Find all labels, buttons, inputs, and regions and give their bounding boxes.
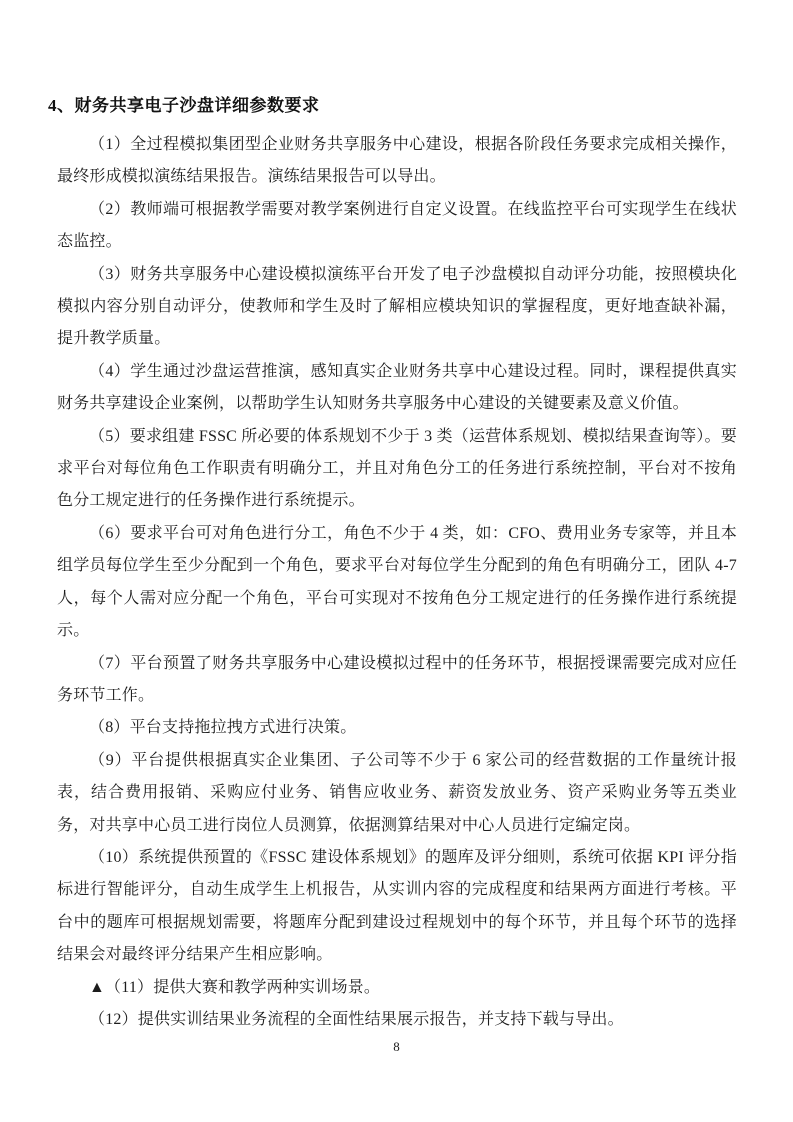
requirement-item-12: （12）提供实训结果业务流程的全面性结果展示报告，并支持下载与导出。 [57,1004,737,1036]
requirement-item-9: （9）平台提供根据真实企业集团、子公司等不少于 6 家公司的经营数据的工作量统计… [57,745,737,842]
requirement-item-10: （10）系统提供预置的《FSSC 建设体系规划》的题库及评分细则，系统可依据 K… [57,842,737,972]
document-content: 4、财务共享电子沙盘详细参数要求 （1）全过程模拟集团型企业财务共享服务中心建设… [57,93,737,1036]
requirement-item-4: （4）学生通过沙盘运营推演，感知真实企业财务共享中心建设过程。同时，课程提供真实… [57,356,737,421]
requirement-item-2: （2）教师端可根据教学需要对教学案例进行自定义设置。在线监控平台可实现学生在线状… [57,194,737,259]
requirement-item-7: （7）平台预置了财务共享服务中心建设模拟过程中的任务环节，根据授课需要完成对应任… [57,648,737,713]
document-body: （1）全过程模拟集团型企业财务共享服务中心建设，根据各阶段任务要求完成相关操作，… [57,129,737,1036]
page-number: 8 [0,1039,793,1055]
requirement-item-11-important: ▲（11）提供大赛和教学两种实训场景。 [57,972,737,1004]
requirement-item-3: （3）财务共享服务中心建设模拟演练平台开发了电子沙盘模拟自动评分功能，按照模块化… [57,259,737,356]
requirement-item-1: （1）全过程模拟集团型企业财务共享服务中心建设，根据各阶段任务要求完成相关操作，… [57,129,737,194]
document-page: 4、财务共享电子沙盘详细参数要求 （1）全过程模拟集团型企业财务共享服务中心建设… [0,0,793,1122]
section-heading: 4、财务共享电子沙盘详细参数要求 [48,93,737,119]
requirement-item-6: （6）要求平台可对角色进行分工，角色不少于 4 类，如：CFO、费用业务专家等，… [57,518,737,648]
requirement-item-8: （8）平台支持拖拉拽方式进行决策。 [57,712,737,744]
requirement-item-5: （5）要求组建 FSSC 所必要的体系规划不少于 3 类（运营体系规划、模拟结果… [57,421,737,518]
